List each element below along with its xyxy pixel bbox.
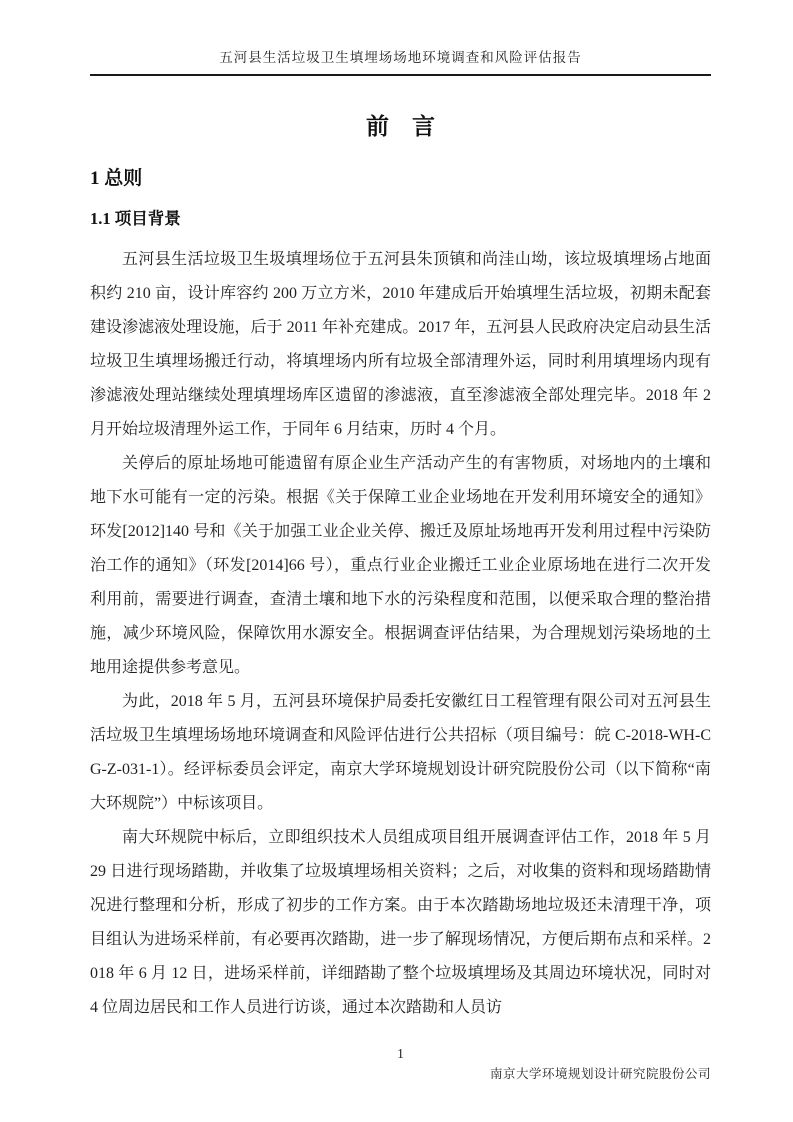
running-header-title: 五河县生活垃圾卫生填埋场场地环境调查和风险评估报告 bbox=[90, 46, 711, 74]
document-page: 五河县生活垃圾卫生填埋场场地环境调查和风险评估报告 前 言 1 总则 1.1 项… bbox=[0, 0, 793, 1122]
document-title: 前 言 bbox=[90, 112, 711, 142]
paragraph-2: 关停后的原址场地可能遗留有原企业生产活动产生的有害物质，对场地内的土壤和地下水可… bbox=[90, 447, 711, 685]
page-footer: 1 南京大学环境规划设计研究院股份公司 bbox=[90, 1022, 711, 1122]
subsection-heading-1-1: 1.1 项目背景 bbox=[90, 208, 711, 230]
page-number: 1 bbox=[90, 1046, 711, 1062]
paragraph-4: 南大环规院中标后，立即组织技术人员组成项目组开展调查评估工作，2018 年 5 … bbox=[90, 821, 711, 1025]
document-body: 前 言 1 总则 1.1 项目背景 五河县生活垃圾卫生圾填埋场位于五河县朱顶镇和… bbox=[90, 100, 711, 1025]
footer-company-name: 南京大学环境规划设计研究院股份公司 bbox=[490, 1064, 711, 1082]
paragraph-3: 为此，2018 年 5 月，五河县环境保护局委托安徽红日工程管理有限公司对五河县… bbox=[90, 685, 711, 821]
header-divider bbox=[90, 74, 711, 76]
paragraph-1: 五河县生活垃圾卫生圾填埋场位于五河县朱顶镇和尚洼山坳，该垃圾填埋场占地面积约 2… bbox=[90, 243, 711, 447]
section-heading-1: 1 总则 bbox=[90, 166, 711, 191]
page-header: 五河县生活垃圾卫生填埋场场地环境调查和风险评估报告 bbox=[90, 46, 711, 76]
